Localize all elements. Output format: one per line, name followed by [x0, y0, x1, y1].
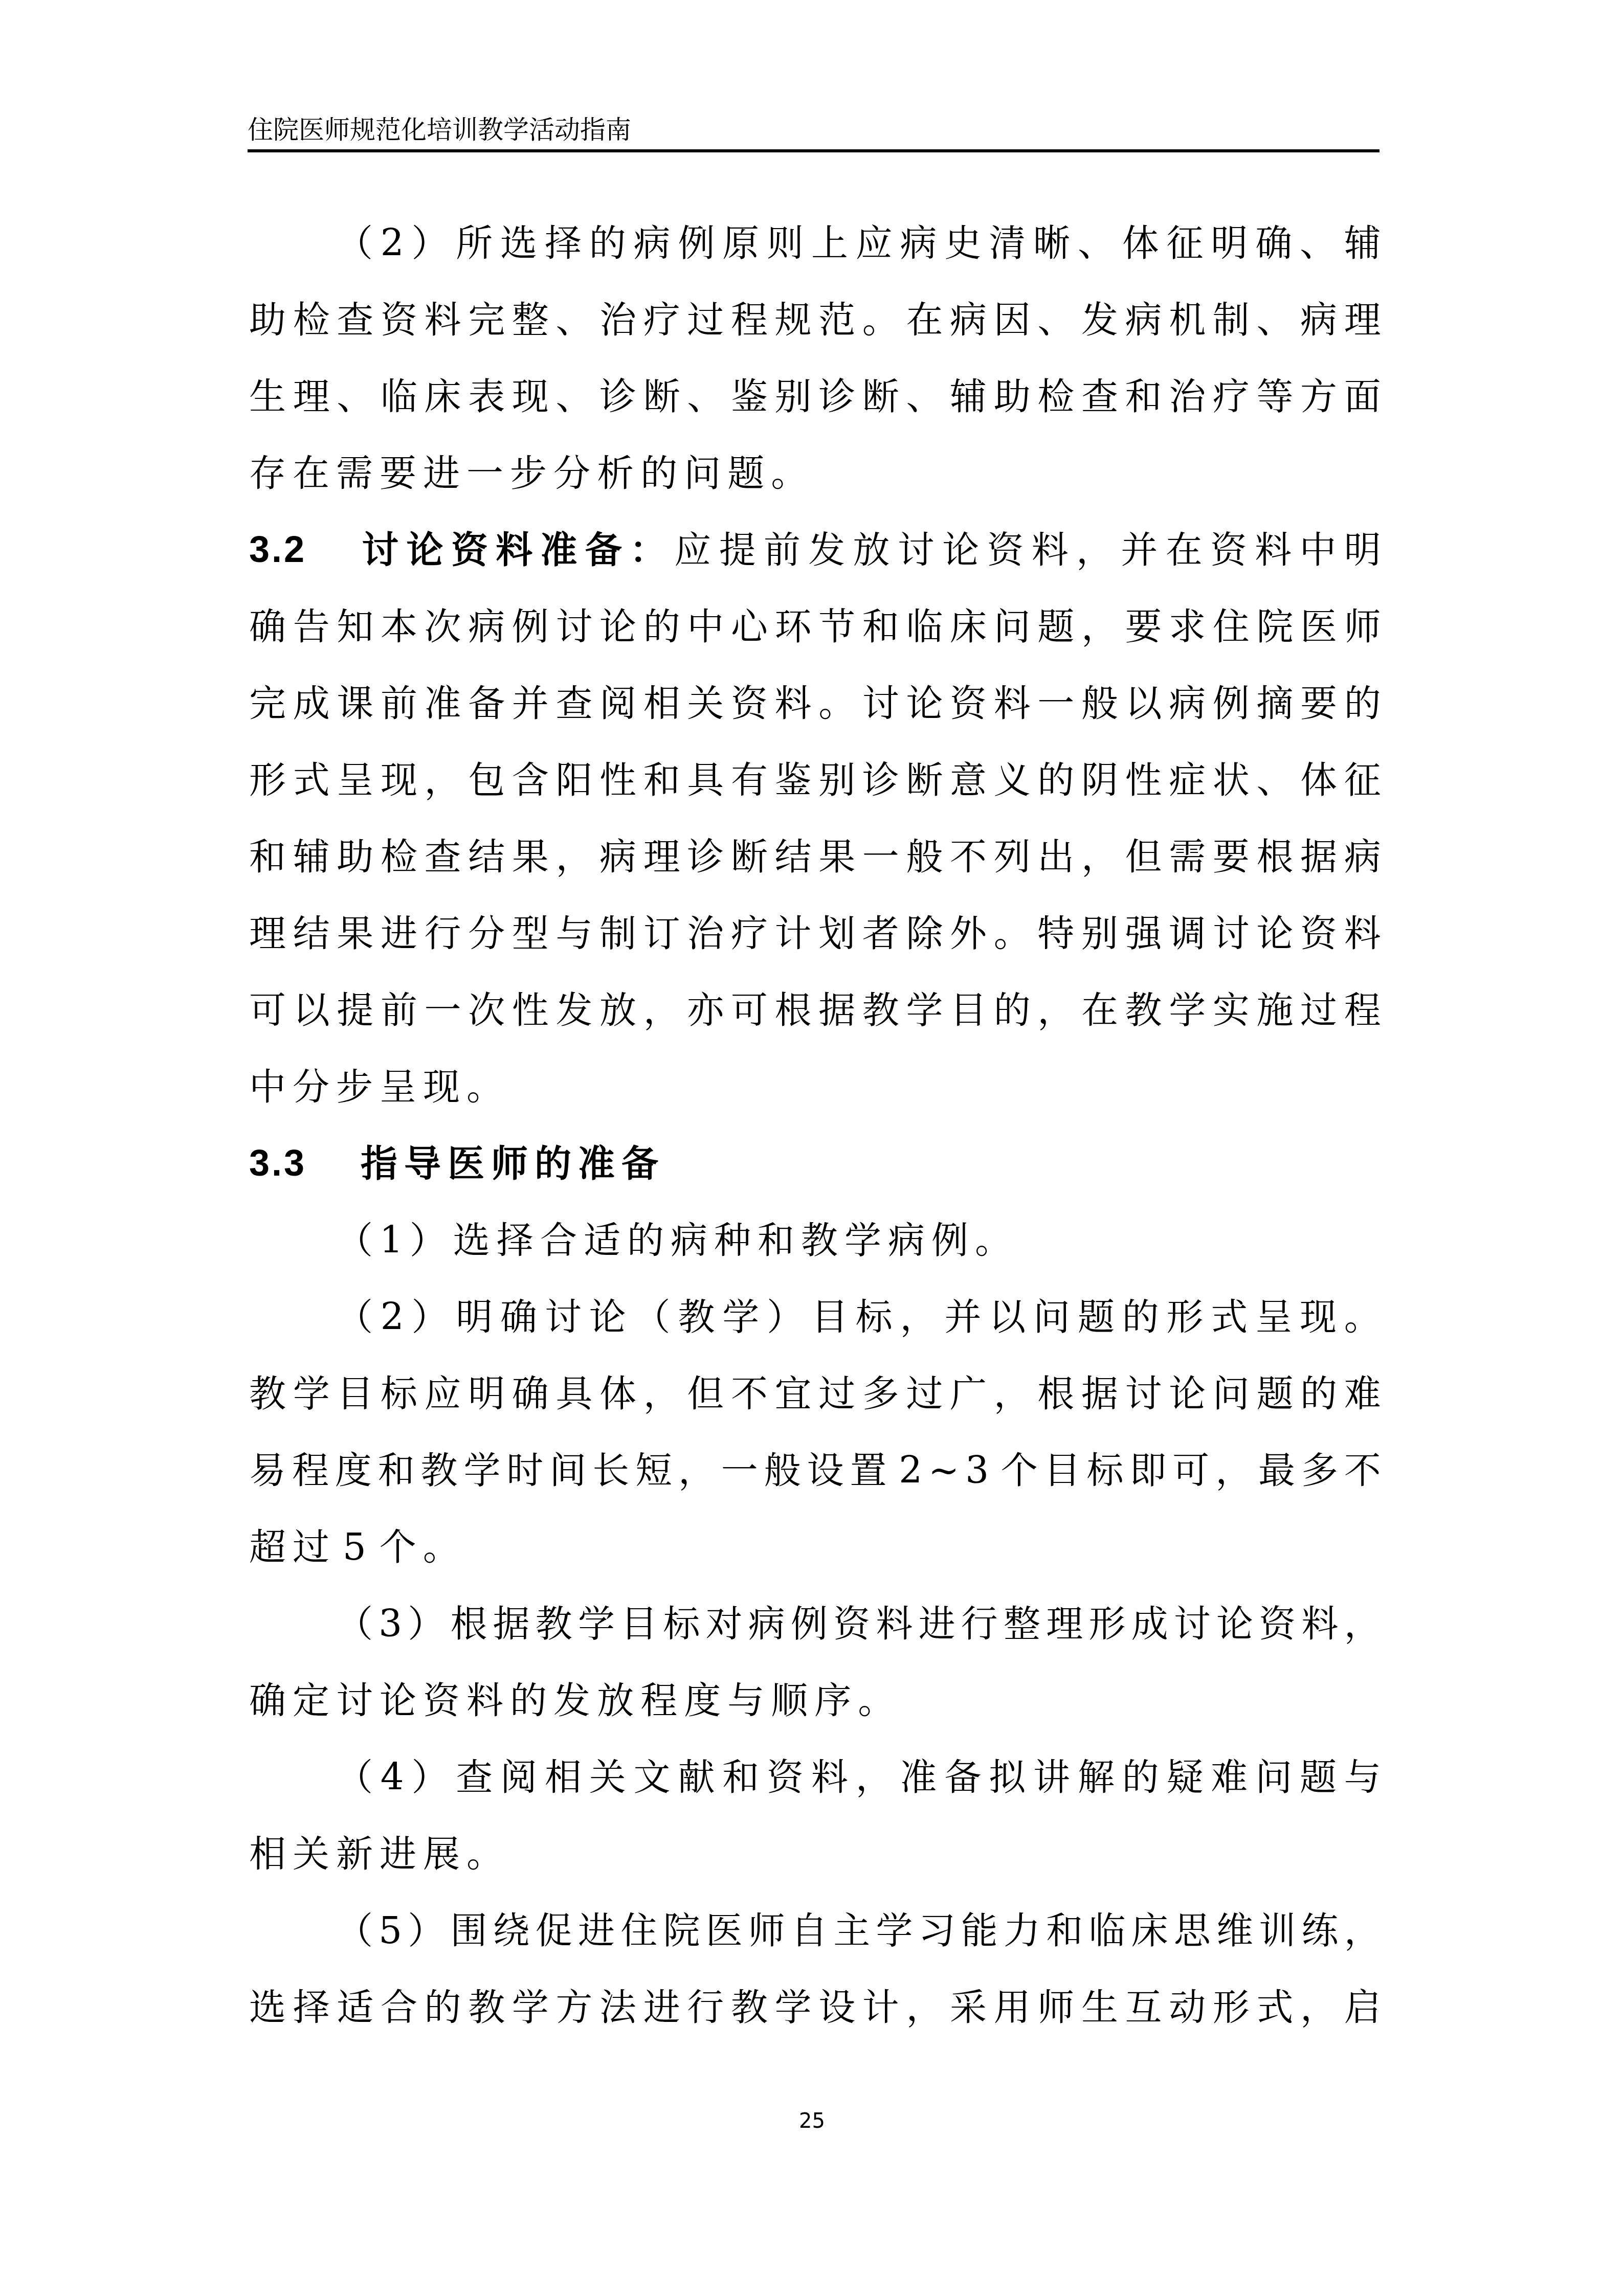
text-char: 度 [684, 1662, 721, 1739]
text-char: 种 [714, 1202, 751, 1278]
text-char: 的 [1344, 665, 1381, 741]
text-char: 。 [818, 665, 855, 741]
text-char: 病 [468, 588, 505, 665]
text-char: 以 [989, 1278, 1026, 1355]
text-char: 呈 [380, 1048, 416, 1125]
text-char: 。 [862, 281, 899, 358]
text-char: 但 [687, 1355, 724, 1432]
text-char: 提 [719, 511, 756, 588]
text-char: 别 [1081, 895, 1118, 972]
text-line: 理结果进行分型与制订治疗计划者除外。特别强调讨论资料 [249, 895, 1381, 972]
text-char: 院 [663, 1892, 700, 1969]
text-char: 节 [818, 588, 855, 665]
text-char: 、 [337, 358, 373, 435]
text-char: 。 [1344, 1278, 1381, 1355]
text-char: 形 [1167, 1278, 1204, 1355]
text-char: 料 [994, 665, 1031, 741]
text-char: 序 [814, 1662, 851, 1739]
text-char: 用 [994, 1969, 1031, 2045]
text-char: 选 [453, 1202, 490, 1278]
text-char: 料 [1344, 895, 1381, 972]
text-char: 现 [1300, 1278, 1337, 1355]
text-char: 、 [906, 358, 943, 435]
text-char: 程 [1344, 972, 1381, 1048]
text-char: （ [336, 1585, 373, 1662]
text-char: 除 [906, 895, 943, 972]
text-char: 的 [589, 205, 626, 281]
text-char: 环 [775, 588, 812, 665]
text-char: 要 [1213, 818, 1250, 895]
text-char: 具 [687, 741, 724, 818]
text-char: 料 [1301, 1585, 1338, 1662]
text-char: 和 [249, 818, 286, 895]
text-char: 别 [775, 358, 812, 435]
text-char: 不 [731, 1355, 768, 1432]
text-char: 放 [597, 1662, 634, 1739]
text-char: 超 [249, 1509, 286, 1585]
text-char: ， [555, 818, 592, 895]
text-char: 解 [1078, 1739, 1115, 1815]
text-char: 的 [640, 435, 677, 511]
text-char: 4 [381, 1739, 404, 1815]
text-char: 根 [1037, 1355, 1074, 1432]
text-char: 过 [906, 1355, 943, 1432]
text-char: 问 [1213, 1355, 1250, 1432]
text-char: 发 [553, 1662, 590, 1739]
text-char: 资 [423, 1662, 460, 1739]
text-char: 备 [944, 1739, 981, 1815]
text-char: 摘 [1256, 665, 1293, 741]
text-char: 短 [635, 1432, 672, 1509]
text-char: （ [336, 1202, 373, 1278]
text-char: 征 [1167, 205, 1204, 281]
text-char: 进 [423, 435, 460, 511]
page-number: 25 [0, 2107, 1624, 2135]
text-char: 教 [1125, 972, 1162, 1048]
text-char: 并 [944, 1278, 981, 1355]
text-char: 治 [599, 281, 636, 358]
text-char: 呈 [1255, 1278, 1292, 1355]
text-char: 间 [549, 1432, 586, 1509]
text-char: 、 [1256, 741, 1293, 818]
text-char: 3 [379, 1585, 402, 1662]
text-char: 的 [425, 1969, 461, 2045]
text-char: 教 [862, 972, 899, 1048]
text-char: 教 [731, 1969, 768, 2045]
text-char: 讨 [1213, 895, 1250, 972]
text-char: 和 [722, 1739, 759, 1815]
text-line: （2）所选择的病例原则上应病史清晰、体征明确、辅 [249, 205, 1381, 281]
text-char: 关 [293, 1815, 329, 1892]
text-char: 整 [512, 281, 549, 358]
text-char: 病 [599, 818, 636, 895]
text-char: 例 [791, 1585, 828, 1662]
text-char: 的 [510, 1662, 547, 1739]
text-char: 分 [553, 435, 590, 511]
text-char: 的 [1037, 741, 1074, 818]
text-char: 鉴 [731, 358, 768, 435]
text-char: 完 [468, 281, 505, 358]
text-char: 检 [1037, 358, 1074, 435]
text-char: 题 [1078, 1278, 1115, 1355]
text-char: ~ [928, 1432, 959, 1509]
text-char: 含 [512, 741, 549, 818]
text-char: 果 [818, 818, 855, 895]
text-line: 超过 5 个。 [249, 1509, 1381, 1585]
text-line: 易程度和教学时间长短，一般设置 2~3 个目标即可，最多不 [249, 1432, 1381, 1509]
text-char: 度 [335, 1432, 372, 1509]
text-char: 分 [293, 1048, 329, 1125]
text-char: 教 [801, 1202, 838, 1278]
text-char: ， [1081, 588, 1118, 665]
text-char: 性 [1125, 741, 1162, 818]
text-char: 宜 [775, 1355, 812, 1432]
text-char: 动 [1169, 1969, 1206, 2045]
text-char: 本 [381, 588, 417, 665]
text-line: 教学目标应明确具体，但不宜过多过广，根据讨论问题的难 [249, 1355, 1381, 1432]
text-char: 5 [343, 1509, 366, 1585]
text-char: 理 [1344, 281, 1381, 358]
text-char: 准 [900, 1739, 937, 1815]
text-char: 据 [1300, 818, 1337, 895]
text-char: 与 [555, 895, 592, 972]
text-char: 阴 [1081, 741, 1118, 818]
text-char: 疗 [1213, 358, 1250, 435]
text-char: 病 [671, 1202, 707, 1278]
text-char: 学 [844, 1202, 881, 1278]
text-char: 检 [293, 281, 330, 358]
text-char: 求 [1169, 588, 1206, 665]
text-char: 调 [1169, 895, 1206, 972]
text-char: 在 [293, 435, 329, 511]
text-char: 一 [1037, 665, 1074, 741]
text-char: 学 [876, 1892, 913, 1969]
text-char: 临 [906, 588, 943, 665]
text-char: 次 [425, 588, 461, 665]
text-char: 床 [950, 588, 987, 665]
text-char: 史 [944, 205, 981, 281]
text-char: 中 [1300, 511, 1337, 588]
text-char: （ [336, 205, 373, 281]
text-char: 明 [468, 1355, 505, 1432]
text-char: 和 [1046, 1892, 1083, 1969]
text-char: 所 [456, 205, 493, 281]
text-char: 呈 [337, 741, 373, 818]
text-char: 不 [1344, 1432, 1381, 1509]
text-char: ， [1076, 511, 1113, 588]
text-char: 病 [950, 281, 987, 358]
text-char: 助 [994, 358, 1031, 435]
text-char: 阳 [555, 741, 592, 818]
text-char: 程 [731, 281, 768, 358]
text-char: 发 [555, 972, 592, 1048]
text-char: 过 [1300, 972, 1337, 1048]
text-char: 病 [1169, 665, 1206, 741]
running-header-title: 住院医师规范化培训教学活动指南 [248, 114, 631, 146]
text-char: 确 [249, 588, 286, 665]
text-char: 需 [336, 435, 373, 511]
text-char: 结 [468, 818, 505, 895]
text-char: ， [425, 741, 461, 818]
text-char: 鉴 [775, 741, 812, 818]
text-char: 例 [512, 588, 549, 665]
text-char: 置 [850, 1432, 886, 1509]
text-char: 资 [1210, 511, 1247, 588]
text-char: 完 [249, 665, 286, 741]
text-char: 广 [950, 1355, 987, 1432]
text-line: （3）根据教学目标对病例资料进行整理形成讨论资料， [249, 1585, 1381, 1662]
text-char: 资 [987, 511, 1024, 588]
text-char: 绕 [493, 1892, 530, 1969]
text-char: 学 [512, 1969, 549, 2045]
text-line: 可以提前一次性发放，亦可根据教学目的，在教学实施过程 [249, 972, 1381, 1048]
text-char: 讨 [862, 665, 899, 741]
text-char: 力 [1004, 1892, 1040, 1969]
text-line: （5）围绕促进住院医师自主学习能力和临床思维训练， [249, 1892, 1381, 1969]
text-char: 床 [1131, 1892, 1168, 1969]
text-char: 目 [950, 972, 987, 1048]
text-char: 前 [764, 511, 800, 588]
text-char: 范 [818, 281, 855, 358]
text-char: 、 [1300, 205, 1337, 281]
text-char: 病 [1300, 281, 1337, 358]
text-char: 能 [961, 1892, 998, 1969]
text-char: 析 [597, 435, 634, 511]
text-char: 行 [687, 1969, 724, 2045]
text-line: 助检查资料完整、治疗过程规范。在病因、发病机制、病理 [249, 281, 1381, 358]
text-char: 施 [1256, 972, 1293, 1048]
text-char: 治 [687, 895, 724, 972]
text-char: 助 [249, 281, 286, 358]
text-char: 前 [381, 665, 417, 741]
text-char: 明 [456, 1278, 493, 1355]
text-char: 学 [293, 1355, 330, 1432]
text-line: 形式呈现，包含阳性和具有鉴别诊断意义的阴性症状、体征 [249, 741, 1381, 818]
text-char: 标 [856, 1278, 893, 1355]
text-char: 具 [555, 1355, 592, 1432]
text-char: 据 [1081, 1355, 1118, 1432]
text-char: （ [336, 1739, 373, 1815]
text-char: 形 [1088, 1585, 1125, 1662]
text-char: 住 [1213, 588, 1250, 665]
text-char: 法 [599, 1969, 636, 2045]
text-char: 的 [1122, 1278, 1159, 1355]
text-char: 讨 [545, 1278, 582, 1355]
text-char: 次 [468, 972, 505, 1048]
text-char: 择 [545, 205, 582, 281]
text-char: 、 [1037, 281, 1074, 358]
section-title-char: 料 [496, 511, 532, 588]
text-line: 确告知本次病例讨论的中心环节和临床问题，要求住院医师 [249, 588, 1381, 665]
text-char: 心 [731, 588, 768, 665]
text-char: 进 [380, 1815, 416, 1892]
text-char: 和 [758, 1202, 794, 1278]
text-char: 教 [249, 1355, 286, 1432]
text-char: 学 [578, 1585, 615, 1662]
text-char: 理 [643, 818, 680, 895]
text-char: ， [1344, 1892, 1381, 1969]
text-char: 亦 [687, 972, 724, 1048]
text-char: 论 [1216, 1585, 1253, 1662]
text-char: 论 [906, 665, 943, 741]
text-char: 查 [337, 281, 373, 358]
text-char: 原 [722, 205, 759, 281]
text-char: 诊 [818, 358, 855, 435]
text-char: 等 [1256, 358, 1293, 435]
text-char: 问 [684, 435, 721, 511]
text-char: 断 [862, 358, 899, 435]
text-char: 体 [1122, 205, 1159, 281]
text-char: ） [410, 1202, 447, 1278]
text-char: 过 [818, 1355, 855, 1432]
text-char: 现 [381, 741, 417, 818]
text-char: 果 [337, 895, 373, 972]
text-char: 进 [919, 1585, 955, 1662]
text-char: 床 [425, 358, 461, 435]
text-char: 制 [1213, 281, 1250, 358]
text-char: 病 [748, 1585, 785, 1662]
text-char: 资 [767, 1739, 804, 1815]
text-char: 并 [1121, 511, 1158, 588]
text-char: 。 [975, 1202, 1012, 1278]
text-char: 思 [1174, 1892, 1211, 1969]
text-char: 查 [555, 665, 592, 741]
text-char: 应 [674, 511, 711, 588]
section-number: 3.2 [249, 511, 354, 588]
text-char: 院 [1256, 588, 1293, 665]
text-char: 面 [1344, 358, 1381, 435]
text-char: 教 [468, 1969, 505, 2045]
text-char: 问 [1255, 1739, 1292, 1815]
text-char: 和 [1125, 358, 1162, 435]
text-char: 教 [678, 1278, 715, 1355]
text-char: 出 [1037, 818, 1074, 895]
text-char: 提 [337, 972, 373, 1048]
text-char: 互 [1125, 1969, 1162, 2045]
running-header: 住院医师规范化培训教学活动指南 [248, 114, 1380, 154]
text-char: 题 [1300, 1739, 1337, 1815]
text-char: 资 [950, 665, 987, 741]
text-char: 讨 [898, 511, 935, 588]
text-char: 意 [950, 741, 987, 818]
text-char: 在 [1166, 511, 1203, 588]
text-char: 医 [706, 1892, 743, 1969]
text-char: 方 [1300, 358, 1337, 435]
text-char: 制 [599, 895, 636, 972]
text-char: 多 [1301, 1432, 1338, 1509]
text-char: 师 [1037, 1969, 1074, 2045]
text-char: 理 [1046, 1585, 1083, 1662]
text-char: 、 [555, 358, 592, 435]
text-char: 目 [811, 1278, 848, 1355]
text-char: 断 [643, 358, 680, 435]
text-char: 进 [578, 1892, 615, 1969]
text-char: ， [1215, 1432, 1252, 1509]
text-char: 论 [589, 1278, 626, 1355]
text-char: ， [643, 972, 680, 1048]
text-char: 。 [994, 895, 1031, 972]
text-char: 准 [425, 665, 461, 741]
text-char: 明 [1211, 205, 1248, 281]
text-char: 应 [856, 205, 893, 281]
text-char: 中 [687, 588, 724, 665]
text-char: 过 [687, 281, 724, 358]
text-char: 和 [862, 588, 899, 665]
text-char: 资 [1300, 895, 1337, 972]
text-char: 计 [775, 895, 812, 972]
text-char: 应 [425, 1355, 461, 1432]
text-char: 5 [379, 1892, 402, 1969]
text-char: 成 [293, 665, 330, 741]
text-char: 的 [994, 972, 1031, 1048]
text-char: 确 [512, 1355, 549, 1432]
text-char: 告 [293, 588, 330, 665]
text-char: 即 [1129, 1432, 1166, 1509]
text-char: 和 [643, 741, 680, 818]
text-char: 相 [643, 665, 680, 741]
text-char: 放 [599, 972, 636, 1048]
text-char: ） [767, 1278, 804, 1355]
text-char: 一 [466, 435, 503, 511]
section-title-char: 论 [407, 511, 443, 588]
text-char: 讨 [1125, 1355, 1162, 1432]
text-char: 临 [381, 358, 417, 435]
text-char: 分 [468, 895, 505, 972]
text-char: （ [634, 1278, 671, 1355]
text-char: 问 [994, 588, 1031, 665]
text-char: 讲 [1033, 1739, 1070, 1815]
text-char: 资 [731, 665, 768, 741]
text-char: 促 [536, 1892, 572, 1969]
text-char: 最 [1258, 1432, 1295, 1509]
section-title-char: ： [630, 511, 666, 588]
text-char: 论 [942, 511, 979, 588]
text-char: 查 [425, 818, 461, 895]
text-char: 论 [380, 1662, 416, 1739]
text-char: 料 [1032, 511, 1069, 588]
text-char: 资 [381, 281, 417, 358]
text-char: 疑 [1167, 1739, 1204, 1815]
text-char: 献 [678, 1739, 715, 1815]
text-char: ， [1081, 818, 1118, 895]
text-char: 但 [1125, 818, 1162, 895]
text-char: 易 [249, 1432, 286, 1509]
text-char: 拟 [989, 1739, 1026, 1815]
text-char: 、 [1078, 205, 1115, 281]
text-char: 问 [1033, 1278, 1070, 1355]
text-char: 晰 [1033, 205, 1070, 281]
text-char: 断 [906, 741, 943, 818]
text-char: ， [906, 1969, 943, 2045]
text-char: 发 [808, 511, 845, 588]
text-char: 要 [1300, 665, 1337, 741]
text-char: 断 [731, 818, 768, 895]
text-char: 2 [381, 205, 404, 281]
text-char: 特 [1037, 895, 1074, 972]
text-char: 师 [748, 1892, 785, 1969]
text-char: 临 [1088, 1892, 1125, 1969]
text-char: 3 [965, 1432, 989, 1509]
text-char: 型 [512, 895, 549, 972]
text-char: 和 [378, 1432, 415, 1509]
text-char: 需 [1169, 818, 1206, 895]
text-char: 标 [381, 1355, 417, 1432]
body-text: （2）所选择的病例原则上应病史清晰、体征明确、辅助检查资料完整、治疗过程规范。在… [249, 205, 1381, 2045]
text-char: 不 [950, 818, 987, 895]
text-char: 难 [1344, 1355, 1381, 1432]
text-char: 论 [599, 588, 636, 665]
text-char: 有 [731, 741, 768, 818]
